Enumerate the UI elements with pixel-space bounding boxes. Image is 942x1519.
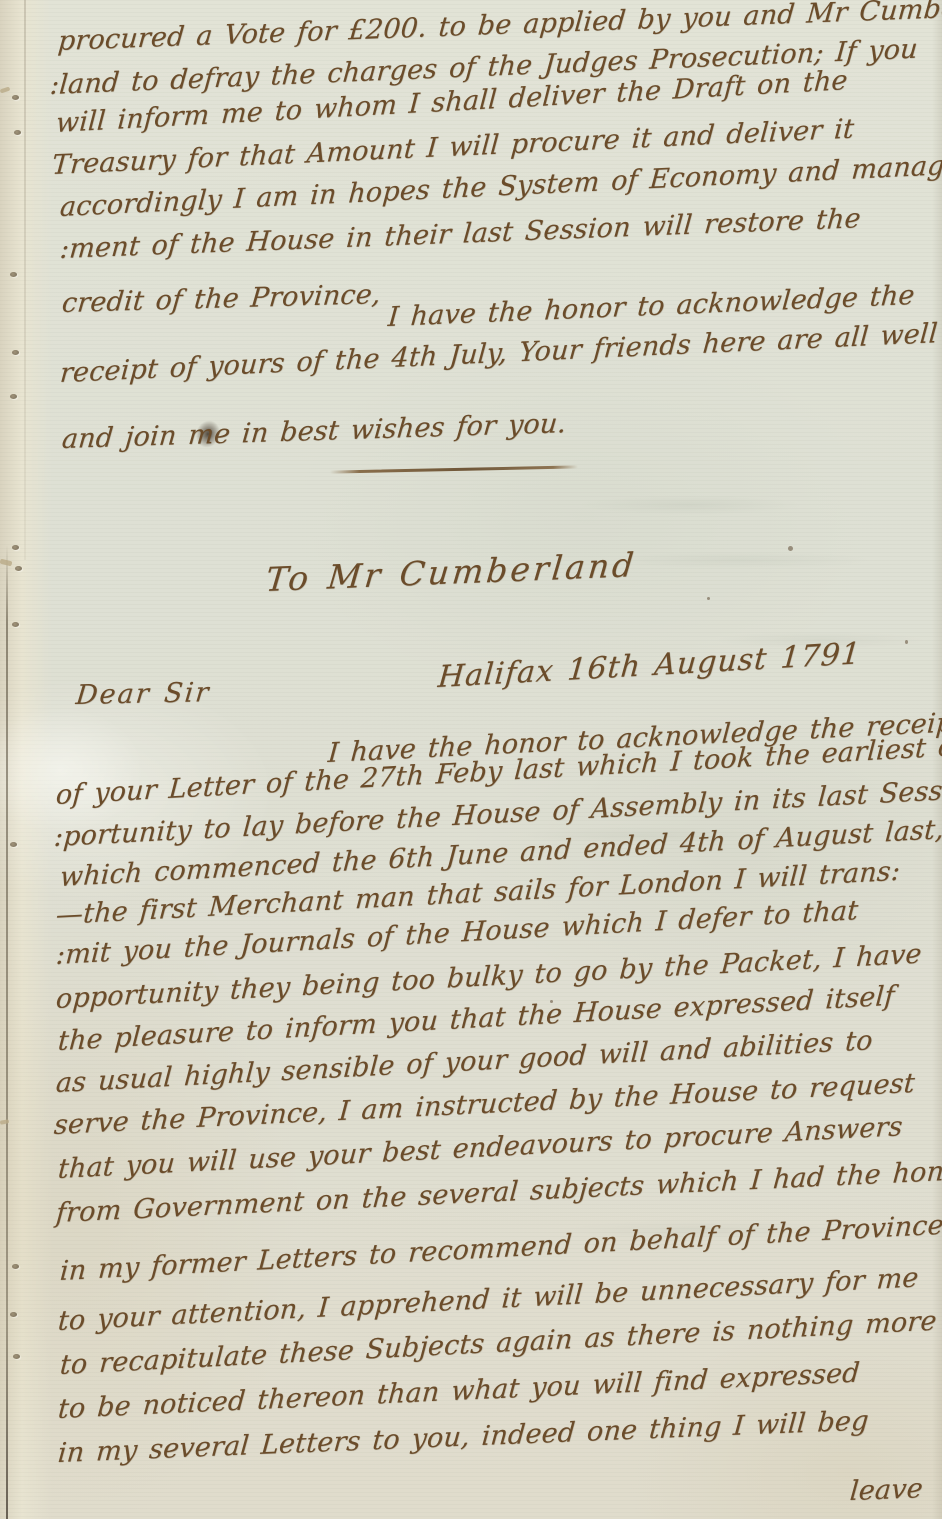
ink-speck — [707, 597, 710, 600]
torn-edge-notch — [0, 559, 12, 567]
closing-flourish-rule — [330, 465, 578, 473]
letter-salutation: Dear Sir — [74, 677, 211, 711]
stitch-hole — [15, 566, 22, 571]
catchword: leave — [849, 1473, 925, 1507]
ink-speck — [788, 546, 793, 551]
fold-crease — [24, 0, 26, 560]
stitch-hole — [12, 622, 19, 627]
torn-edge-notch — [0, 87, 10, 94]
letter-dateline: Halifax 16th August 1791 — [437, 636, 863, 695]
fold-crease — [6, 545, 8, 1519]
stitch-hole — [12, 350, 19, 355]
letter-heading: To Mr Cumberland — [264, 545, 638, 599]
manuscript-line: credit of the Province, — [61, 279, 383, 319]
manuscript-closing-line: receipt of yours of the 4th July, Your f… — [59, 318, 939, 389]
stitch-hole — [12, 1264, 19, 1269]
manuscript-page: procured a Vote for £200. to be applied … — [0, 0, 942, 1519]
stitch-hole — [12, 95, 19, 100]
stitch-hole — [10, 394, 17, 399]
stitch-hole — [10, 1312, 17, 1317]
stitch-hole — [10, 272, 17, 277]
stitch-hole — [13, 1354, 20, 1359]
stitch-hole — [10, 842, 17, 847]
manuscript-closing-line: and join me in best wishes for you. — [61, 408, 568, 455]
stitch-hole — [14, 130, 21, 135]
ink-speck — [905, 640, 908, 644]
stitch-hole — [12, 545, 19, 550]
